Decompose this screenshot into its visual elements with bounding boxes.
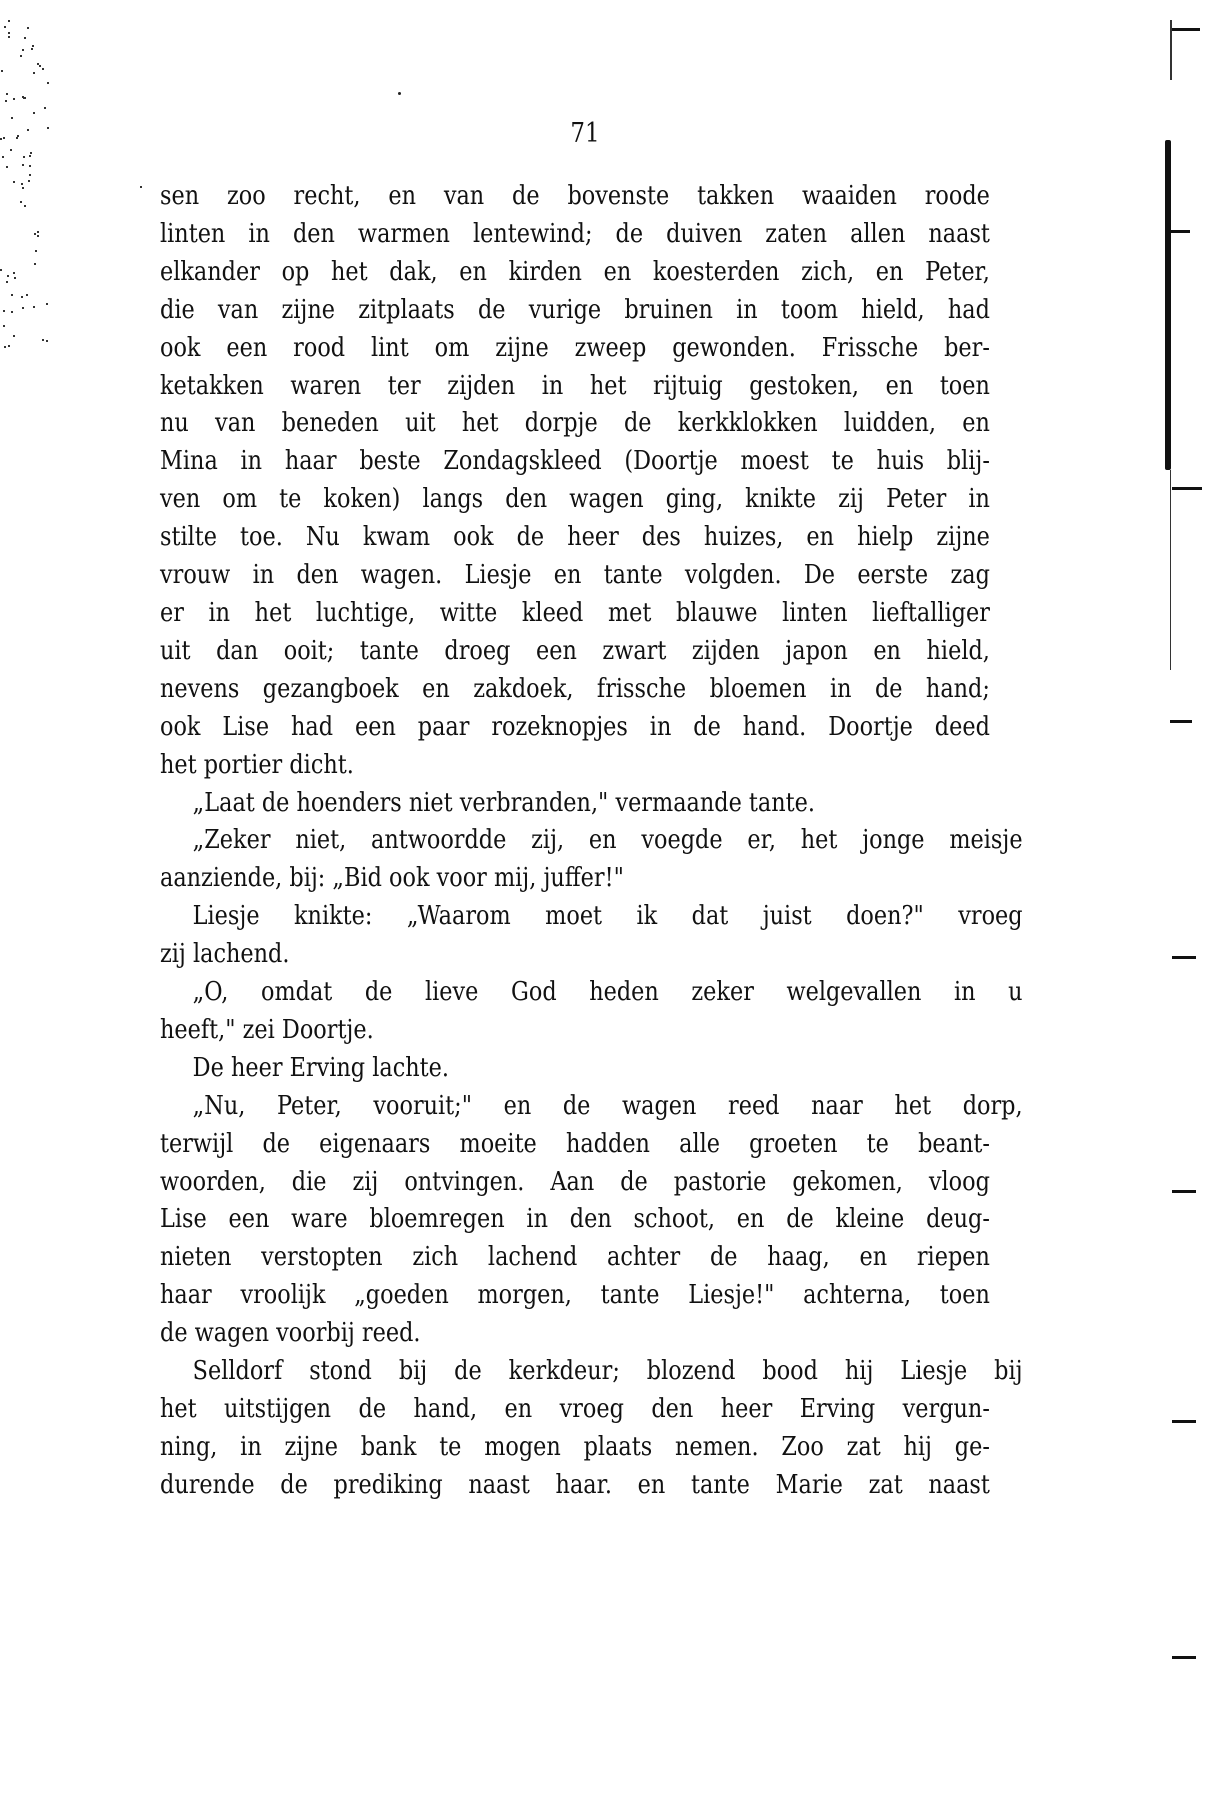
scan-speck (37, 231, 39, 233)
scan-noise-left (0, 0, 70, 370)
scan-speck (22, 49, 24, 51)
scan-speck (46, 303, 48, 305)
scan-speck (13, 335, 15, 337)
text-line: ketakken waren ter zijden in het rijtuig… (160, 368, 990, 406)
scan-edge-tick (1172, 1190, 1196, 1193)
scan-speck (22, 307, 24, 309)
text-line: heeft," zei Doortje. (160, 1012, 990, 1050)
scan-speck (34, 233, 36, 235)
scan-speck (21, 296, 23, 298)
text-line: nieten verstopten zich lachend achter de… (160, 1239, 990, 1277)
scan-speck (140, 186, 142, 188)
text-line: uit dan ooit; tante droeg een zwart zijd… (160, 633, 990, 671)
scan-speck (26, 294, 28, 296)
scan-speck (32, 45, 34, 47)
scan-speck (20, 55, 22, 57)
text-line: Mina in haar beste Zondagskleed (Doortje… (160, 443, 990, 481)
text-line: er in het luchtige, witte kleed met blau… (160, 595, 990, 633)
scan-speck (4, 346, 6, 348)
scan-speck (34, 263, 36, 265)
scan-speck (6, 166, 8, 168)
text-line: stilte toe. Nu kwam ook de heer des huiz… (160, 519, 990, 557)
text-line: „Zeker niet, antwoordde zij, en voegde e… (160, 822, 1023, 860)
scan-speck (8, 20, 10, 22)
scan-speck (20, 201, 22, 203)
scan-speck (0, 138, 2, 140)
text-line: die van zijne zitplaats de vurige bruine… (160, 292, 990, 330)
scan-edge-tick (1172, 956, 1196, 959)
text-line: „Nu, Peter, vooruit;" en de wagen reed n… (160, 1088, 1023, 1126)
scan-speck (0, 269, 2, 271)
scan-speck (42, 339, 44, 341)
scan-edge-bar (1165, 140, 1171, 470)
scan-speck (44, 107, 46, 109)
scan-speck (33, 306, 35, 308)
text-line: „Laat de hoenders niet verbranden," verm… (160, 785, 1023, 823)
text-line: vrouw in den wagen. Liesje en tante volg… (160, 557, 990, 595)
scan-speck (35, 250, 37, 252)
scan-speck (47, 127, 49, 129)
scan-speck (8, 32, 10, 34)
text-line: ven om te koken) langs den wagen ging, k… (160, 481, 990, 519)
scan-speck (47, 82, 49, 84)
scan-speck (37, 235, 39, 237)
scan-speck (16, 137, 18, 139)
scan-speck (27, 129, 29, 131)
scan-speck (11, 294, 13, 296)
scan-speck (23, 156, 25, 158)
scan-edge-line (1170, 470, 1171, 670)
scan-speck (14, 277, 16, 279)
text-line: ook een rood lint om zijne zweep gewonde… (160, 330, 990, 368)
scan-speck (4, 26, 6, 28)
scan-speck (27, 27, 29, 29)
scan-speck (31, 48, 33, 50)
book-page: 71 sen zoo recht, en van de bovenste tak… (0, 0, 1232, 1804)
scan-speck (13, 98, 15, 100)
text-line: zij lachend. (160, 936, 990, 974)
text-line: woorden, die zij ontvingen. Aan de pasto… (160, 1164, 990, 1202)
scan-speck (29, 155, 31, 157)
scan-speck (23, 97, 25, 99)
scan-edge-tick (1172, 1420, 1196, 1423)
scan-speck (39, 65, 41, 67)
scan-speck (22, 187, 24, 189)
text-line: nu van beneden uit het dorpje de kerkklo… (160, 405, 990, 443)
scan-speck (30, 152, 32, 154)
text-line: de wagen voorbij reed. (160, 1315, 990, 1353)
scan-edge-tick (1172, 487, 1202, 490)
text-line: nevens gezangboek en zakdoek, frissche b… (160, 671, 990, 709)
scan-speck (8, 345, 10, 347)
text-line: haar vroolijk „goeden morgen, tante Lies… (160, 1277, 990, 1315)
scan-speck (24, 37, 26, 39)
scan-speck (3, 137, 5, 139)
scan-speck (7, 275, 9, 277)
text-line: Lise een ware bloemregen in den schoot, … (160, 1201, 990, 1239)
scan-speck (10, 149, 12, 151)
text-line: „O, omdat de lieve God heden zeker welge… (160, 974, 1023, 1012)
text-line: het uitstijgen de hand, en vroeg den hee… (160, 1391, 990, 1429)
text-line: aanziende, bij: „Bid ook voor mij, juffe… (160, 860, 990, 898)
scan-speck (2, 156, 4, 158)
scan-edge-tick (1172, 1656, 1196, 1659)
text-line: linten in den warmen lentewind; de duive… (160, 216, 990, 254)
text-line: sen zoo recht, en van de bovenste takken… (160, 178, 990, 216)
scan-speck (6, 281, 8, 283)
text-line: terwijl de eigenaars moeite hadden alle … (160, 1126, 990, 1164)
scan-edge-tick (1170, 720, 1192, 723)
text-line: elkander op het dak, en kirden en koeste… (160, 254, 990, 292)
scan-speck (3, 325, 5, 327)
scan-speck (33, 112, 35, 114)
scan-speck (22, 164, 24, 166)
text-line: De heer Erving lachte. (160, 1050, 1023, 1088)
scan-speck (29, 165, 31, 167)
scan-speck (1, 70, 3, 72)
page-number: 71 (560, 118, 611, 149)
scan-speck (33, 72, 35, 74)
scan-speck (46, 340, 48, 342)
scan-edge-tick (1168, 230, 1190, 233)
scan-speck (11, 311, 13, 313)
scan-speck (42, 68, 44, 70)
body-text: sen zoo recht, en van de bovenste takken… (160, 178, 990, 1505)
text-line: Liesje knikte: „Waarom moet ik dat juist… (160, 898, 1023, 936)
scan-speck (5, 100, 7, 102)
text-line: het portier dicht. (160, 747, 990, 785)
scan-speck (398, 92, 401, 95)
scan-speck (21, 183, 23, 185)
scan-speck (8, 36, 10, 38)
scan-speck (6, 93, 8, 95)
scan-speck (3, 310, 5, 312)
text-line: ning, in zijne bank te mogen plaats neme… (160, 1429, 990, 1467)
scan-speck (24, 205, 26, 207)
scan-edge-tick (1172, 28, 1200, 31)
scan-speck (28, 180, 30, 182)
text-line: durende de prediking naast haar. en tant… (160, 1467, 990, 1505)
scan-speck (11, 117, 13, 119)
scan-speck (13, 272, 15, 274)
text-line: Selldorf stond bij de kerkdeur; blozend … (160, 1353, 1023, 1391)
text-line: ook Lise had een paar rozeknopjes in de … (160, 709, 990, 747)
scan-speck (29, 174, 31, 176)
scan-speck (13, 181, 15, 183)
